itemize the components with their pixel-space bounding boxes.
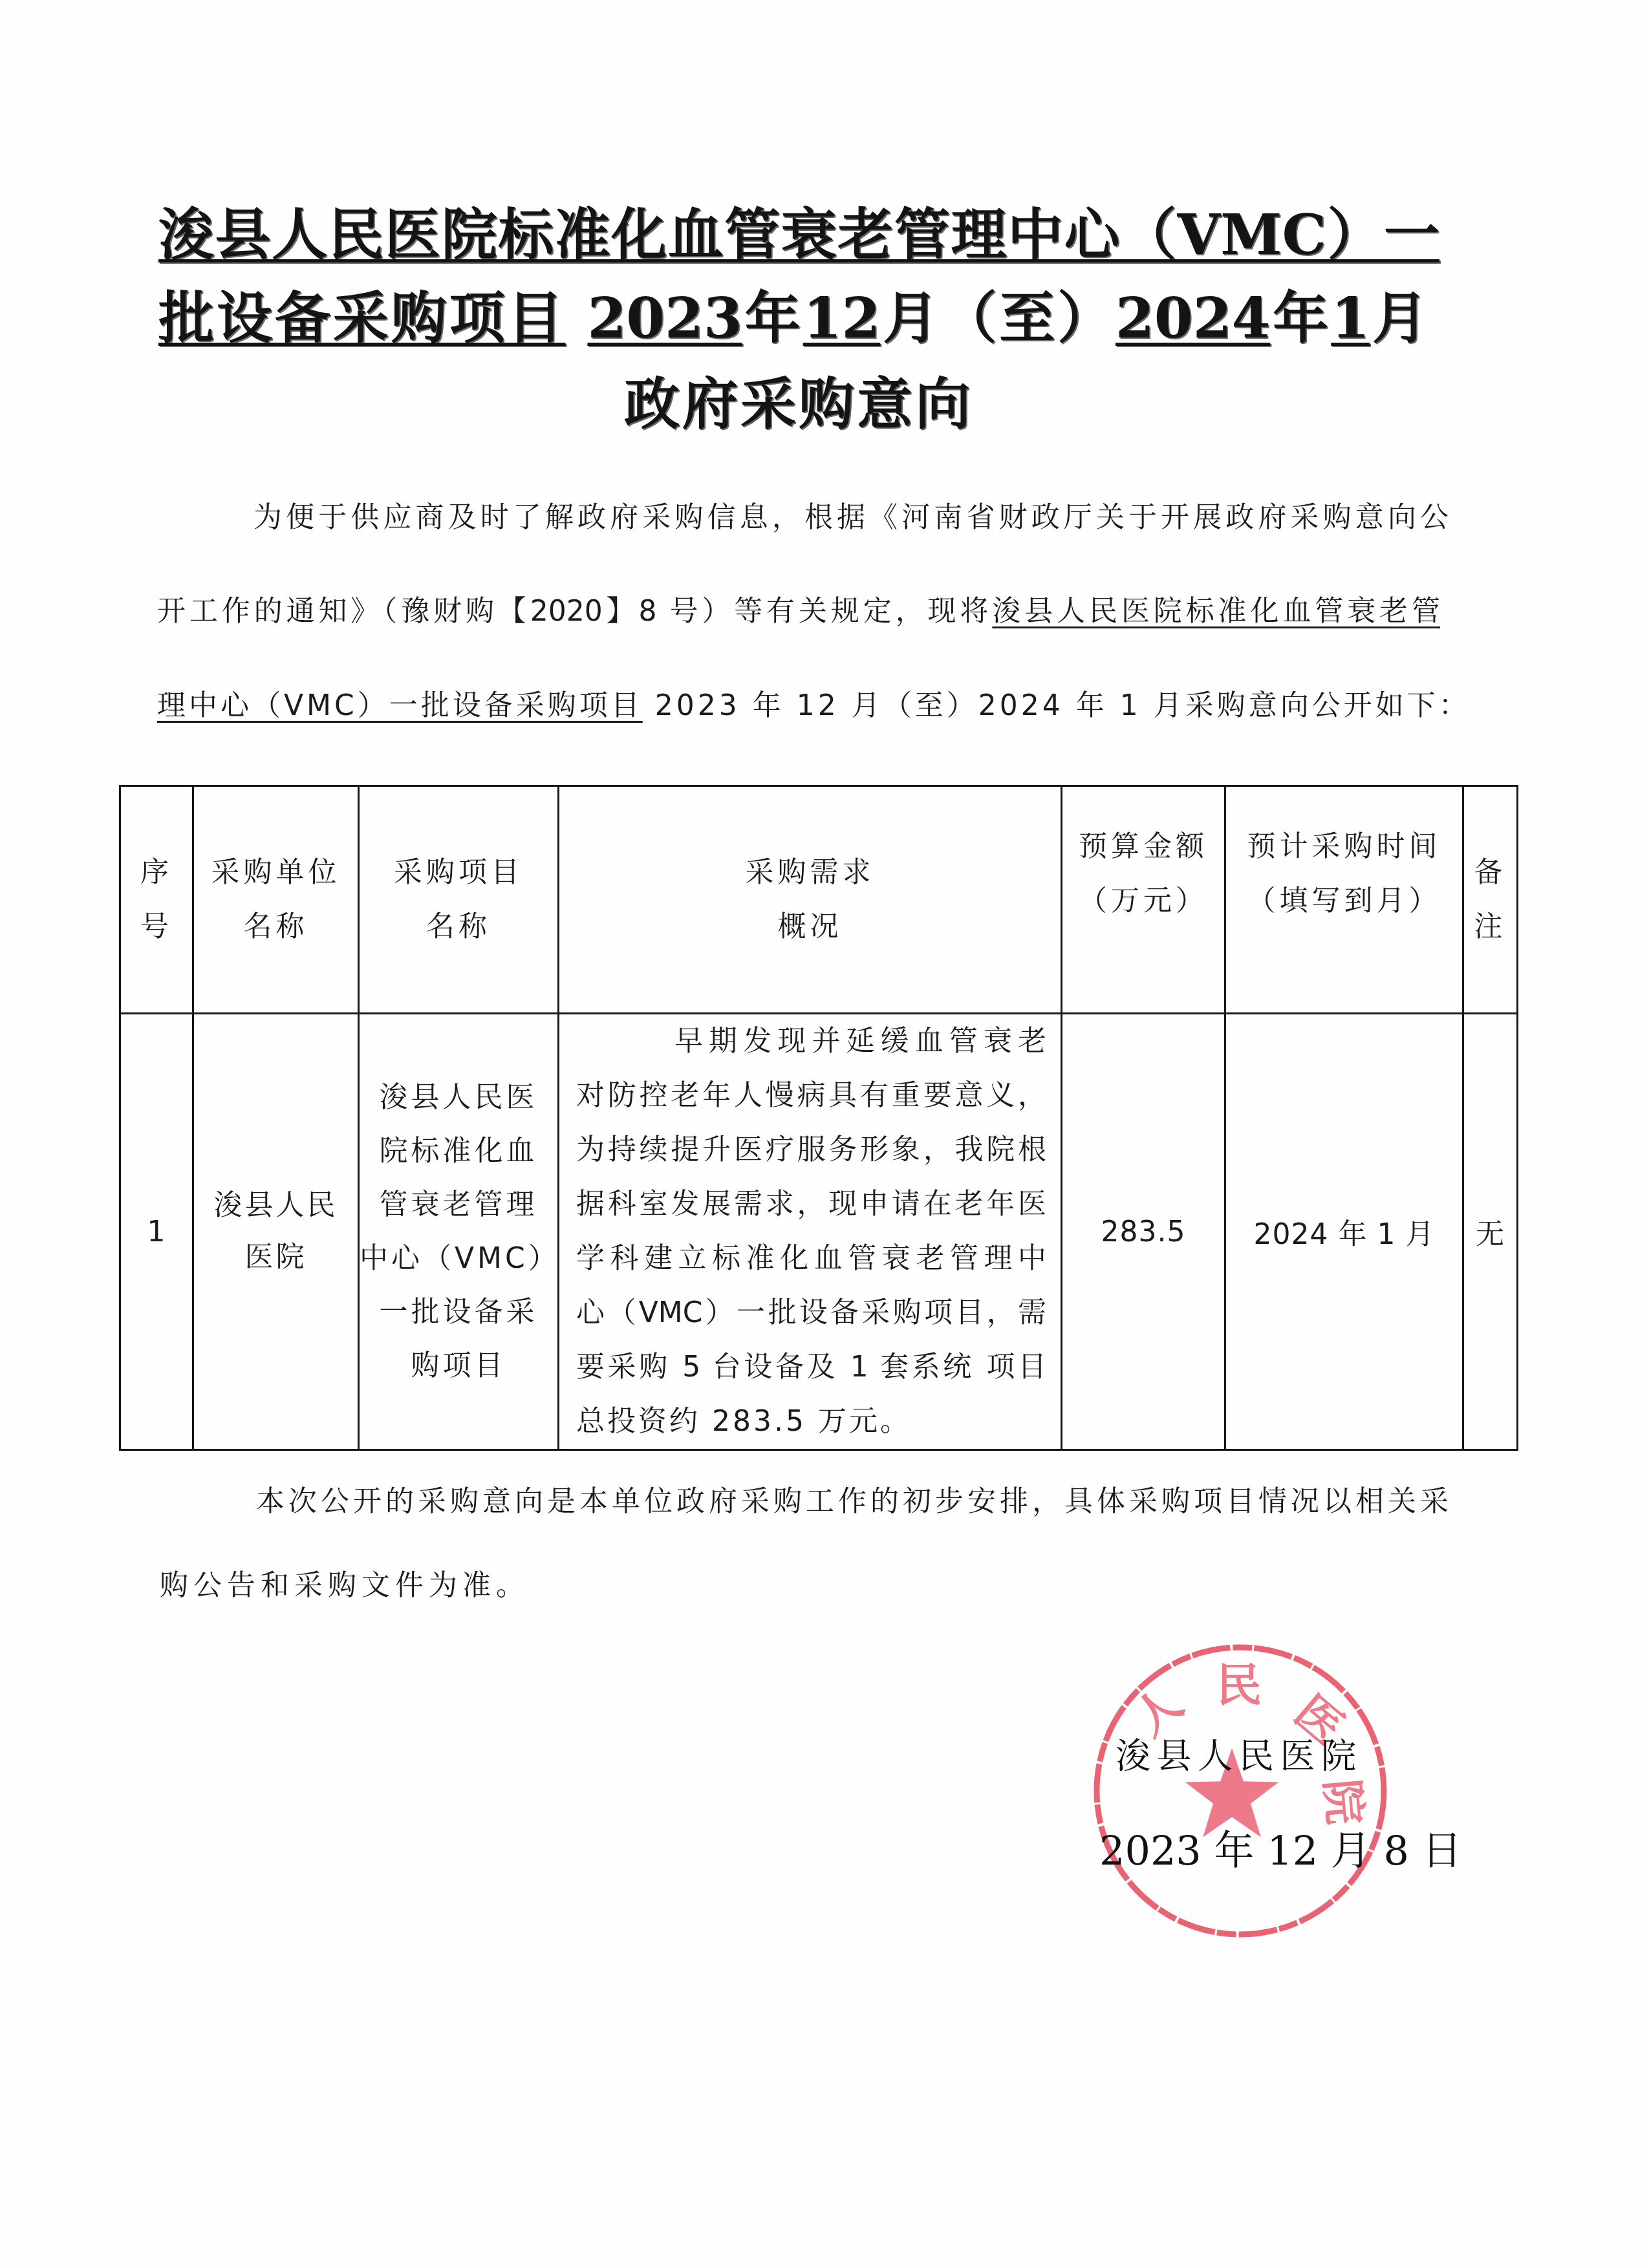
seal-arc-char: 院 [1315, 1774, 1372, 1830]
cell-text-line: 总投资约 283.5 万元。 [576, 1395, 1046, 1449]
cell-text-line: 名称 [360, 900, 557, 954]
cell-text-line: 浚县人民 [194, 1180, 358, 1232]
cell-text-line: 管衰老管理 [360, 1178, 557, 1232]
cell-requirement-summary: 早期发现并延缓血管衰老对防控老年人慢病具有重要意义，为持续提升医疗服务形象，我院… [559, 1014, 1062, 1450]
text-segment: 年 [742, 286, 803, 351]
intro-paragraph-line-3: 理中心（VMC）一批设备采购项目 2023 年 12 月（至）2024 年 1 … [157, 687, 1386, 725]
cell-text-line: 浚县人民医 [360, 1071, 557, 1124]
table-header-row: 序号 采购单位名称 采购项目名称 采购需求概况 预算金额（万元） 预计采购时间（… [120, 786, 1518, 1014]
cell-expected-time: 2024 年 1 月 [1225, 1014, 1463, 1450]
intro-paragraph-line-2: 开工作的通知》（豫财购【2020】8 号）等有关规定，现将浚县人民医院标准化血管… [157, 592, 1440, 631]
text-segment: 月 [1370, 286, 1428, 351]
underlined-text-segment: 理中心（VMC）一批设备采购项目 [157, 689, 643, 722]
cell-text-line: 采购单位 [194, 846, 358, 900]
underlined-text-segment: 2024 [1115, 286, 1270, 351]
underlined-text-segment: 浚县人民医院标准化血管衰老管理中心（VMC）一 [158, 202, 1439, 268]
header-seq: 序号 [120, 786, 193, 1014]
cell-project-name: 浚县人民医院标准化血管衰老管理中心（VMC）一批设备采购项目 [359, 1014, 559, 1450]
underlined-text-segment: 12 [803, 286, 881, 351]
cell-remark: 无 [1463, 1014, 1518, 1450]
signature-date: 2023 年 12 月 8 日 [1099, 1826, 1406, 1876]
cell-text-line: 购项目 [360, 1339, 557, 1393]
cell-unit-name: 浚县人民医院 [193, 1014, 359, 1450]
cell-text-line: 一批设备采 [360, 1285, 557, 1339]
cell-text-line: 心（VMC）一批设备采购项目，需 [576, 1286, 1046, 1340]
intro-paragraph-line-1: 为便于供应商及时了解政府采购信息，根据《河南省财政厅关于开展政府采购意向公 [253, 498, 1449, 537]
cell-text-line: 中心（VMC） [360, 1232, 557, 1285]
document-title-line-2: 批设备采购项目 2023年12月（至）2024年1月 [158, 286, 1428, 351]
header-requirement-summary: 采购需求概况 [559, 786, 1062, 1014]
cell-text-line: 为持续提升医疗服务形象，我院根 [576, 1123, 1046, 1177]
signature-organization: 浚县人民医院 [1115, 1736, 1356, 1777]
cell-text-line: 早期发现并延缓血管衰老 [576, 1014, 1046, 1069]
document-title-line-1: 浚县人民医院标准化血管衰老管理中心（VMC）一 [158, 203, 1439, 268]
cell-text-line: 学科建立标准化血管衰老管理中 [576, 1232, 1046, 1286]
cell-budget: 283.5 [1062, 1014, 1225, 1450]
cell-seq: 1 [120, 1014, 193, 1450]
header-budget: 预算金额（万元） [1062, 786, 1225, 1014]
header-expected-time: 预计采购时间（填写到月） [1225, 786, 1463, 1014]
header-unit-name: 采购单位名称 [193, 786, 359, 1014]
header-remark: 备注 [1463, 786, 1518, 1014]
table-row: 1 浚县人民医院 浚县人民医院标准化血管衰老管理中心（VMC）一批设备采购项目 … [120, 1014, 1518, 1450]
cell-text-line: 采购需求 [559, 846, 1061, 900]
text-segment: 开工作的通知》（豫财购【2020】8 号）等有关规定，现将 [157, 595, 992, 628]
cell-text-line: 采购项目 [360, 846, 557, 900]
closing-paragraph-line-1: 本次公开的采购意向是本单位政府采购工作的初步安排，具体采购项目情况以相关采 [256, 1482, 1449, 1521]
document-page: 浚县人民医院标准化血管衰老管理中心（VMC）一 批设备采购项目 2023年12月… [0, 0, 1649, 2268]
cell-text-line: 据科室发展需求，现申请在老年医 [576, 1177, 1046, 1232]
cell-text-line: 预算金额 [1062, 820, 1224, 874]
text-segment: 2023 年 12 月（至）2024 年 1 月采购意向公开如下： [643, 689, 1471, 722]
cell-text-line: 院标准化血 [360, 1124, 557, 1178]
closing-paragraph-line-2: 购公告和采购文件为准。 [160, 1567, 742, 1605]
underlined-text-segment: 2023 [587, 286, 742, 351]
text-segment [566, 286, 588, 351]
underlined-text-segment: 1 [1331, 286, 1370, 351]
text-segment: 年 [1270, 286, 1331, 351]
text-segment: 月（至） [880, 286, 1115, 351]
cell-text-line: 号 [121, 900, 192, 954]
cell-text-line: 备 [1464, 846, 1516, 900]
text-segment: 为便于供应商及时了解政府采购信息，根据《河南省财政厅关于开展政府采购意向公 [253, 501, 1449, 534]
cell-text-line: （填写到月） [1226, 874, 1462, 928]
cell-text-line: 序 [121, 846, 192, 900]
procurement-intent-table: 序号 采购单位名称 采购项目名称 采购需求概况 预算金额（万元） 预计采购时间（… [119, 785, 1518, 1451]
cell-text-line: 对防控老年人慢病具有重要意义， [576, 1069, 1046, 1123]
underlined-text-segment: 批设备采购项目 [158, 286, 566, 351]
document-title-line-3: 政府采购意向 [605, 372, 993, 437]
header-project-name: 采购项目名称 [359, 786, 559, 1014]
official-seal: 人 民 医 院 [1090, 1639, 1394, 1943]
seal-arc-char: 民 [1213, 1660, 1265, 1711]
underlined-text-segment: 浚县人民医院标准化血管衰老管 [992, 595, 1440, 628]
cell-text-line: 医院 [194, 1232, 358, 1283]
cell-text-line: 注 [1464, 900, 1516, 954]
cell-text-line: 预计采购时间 [1226, 820, 1462, 874]
cell-text-line: 概况 [559, 900, 1061, 954]
cell-text-line: 要采购 5 台设备及 1 套系统 项目 [576, 1340, 1046, 1395]
cell-text-line: （万元） [1062, 874, 1224, 928]
cell-text-line: 名称 [194, 900, 358, 954]
